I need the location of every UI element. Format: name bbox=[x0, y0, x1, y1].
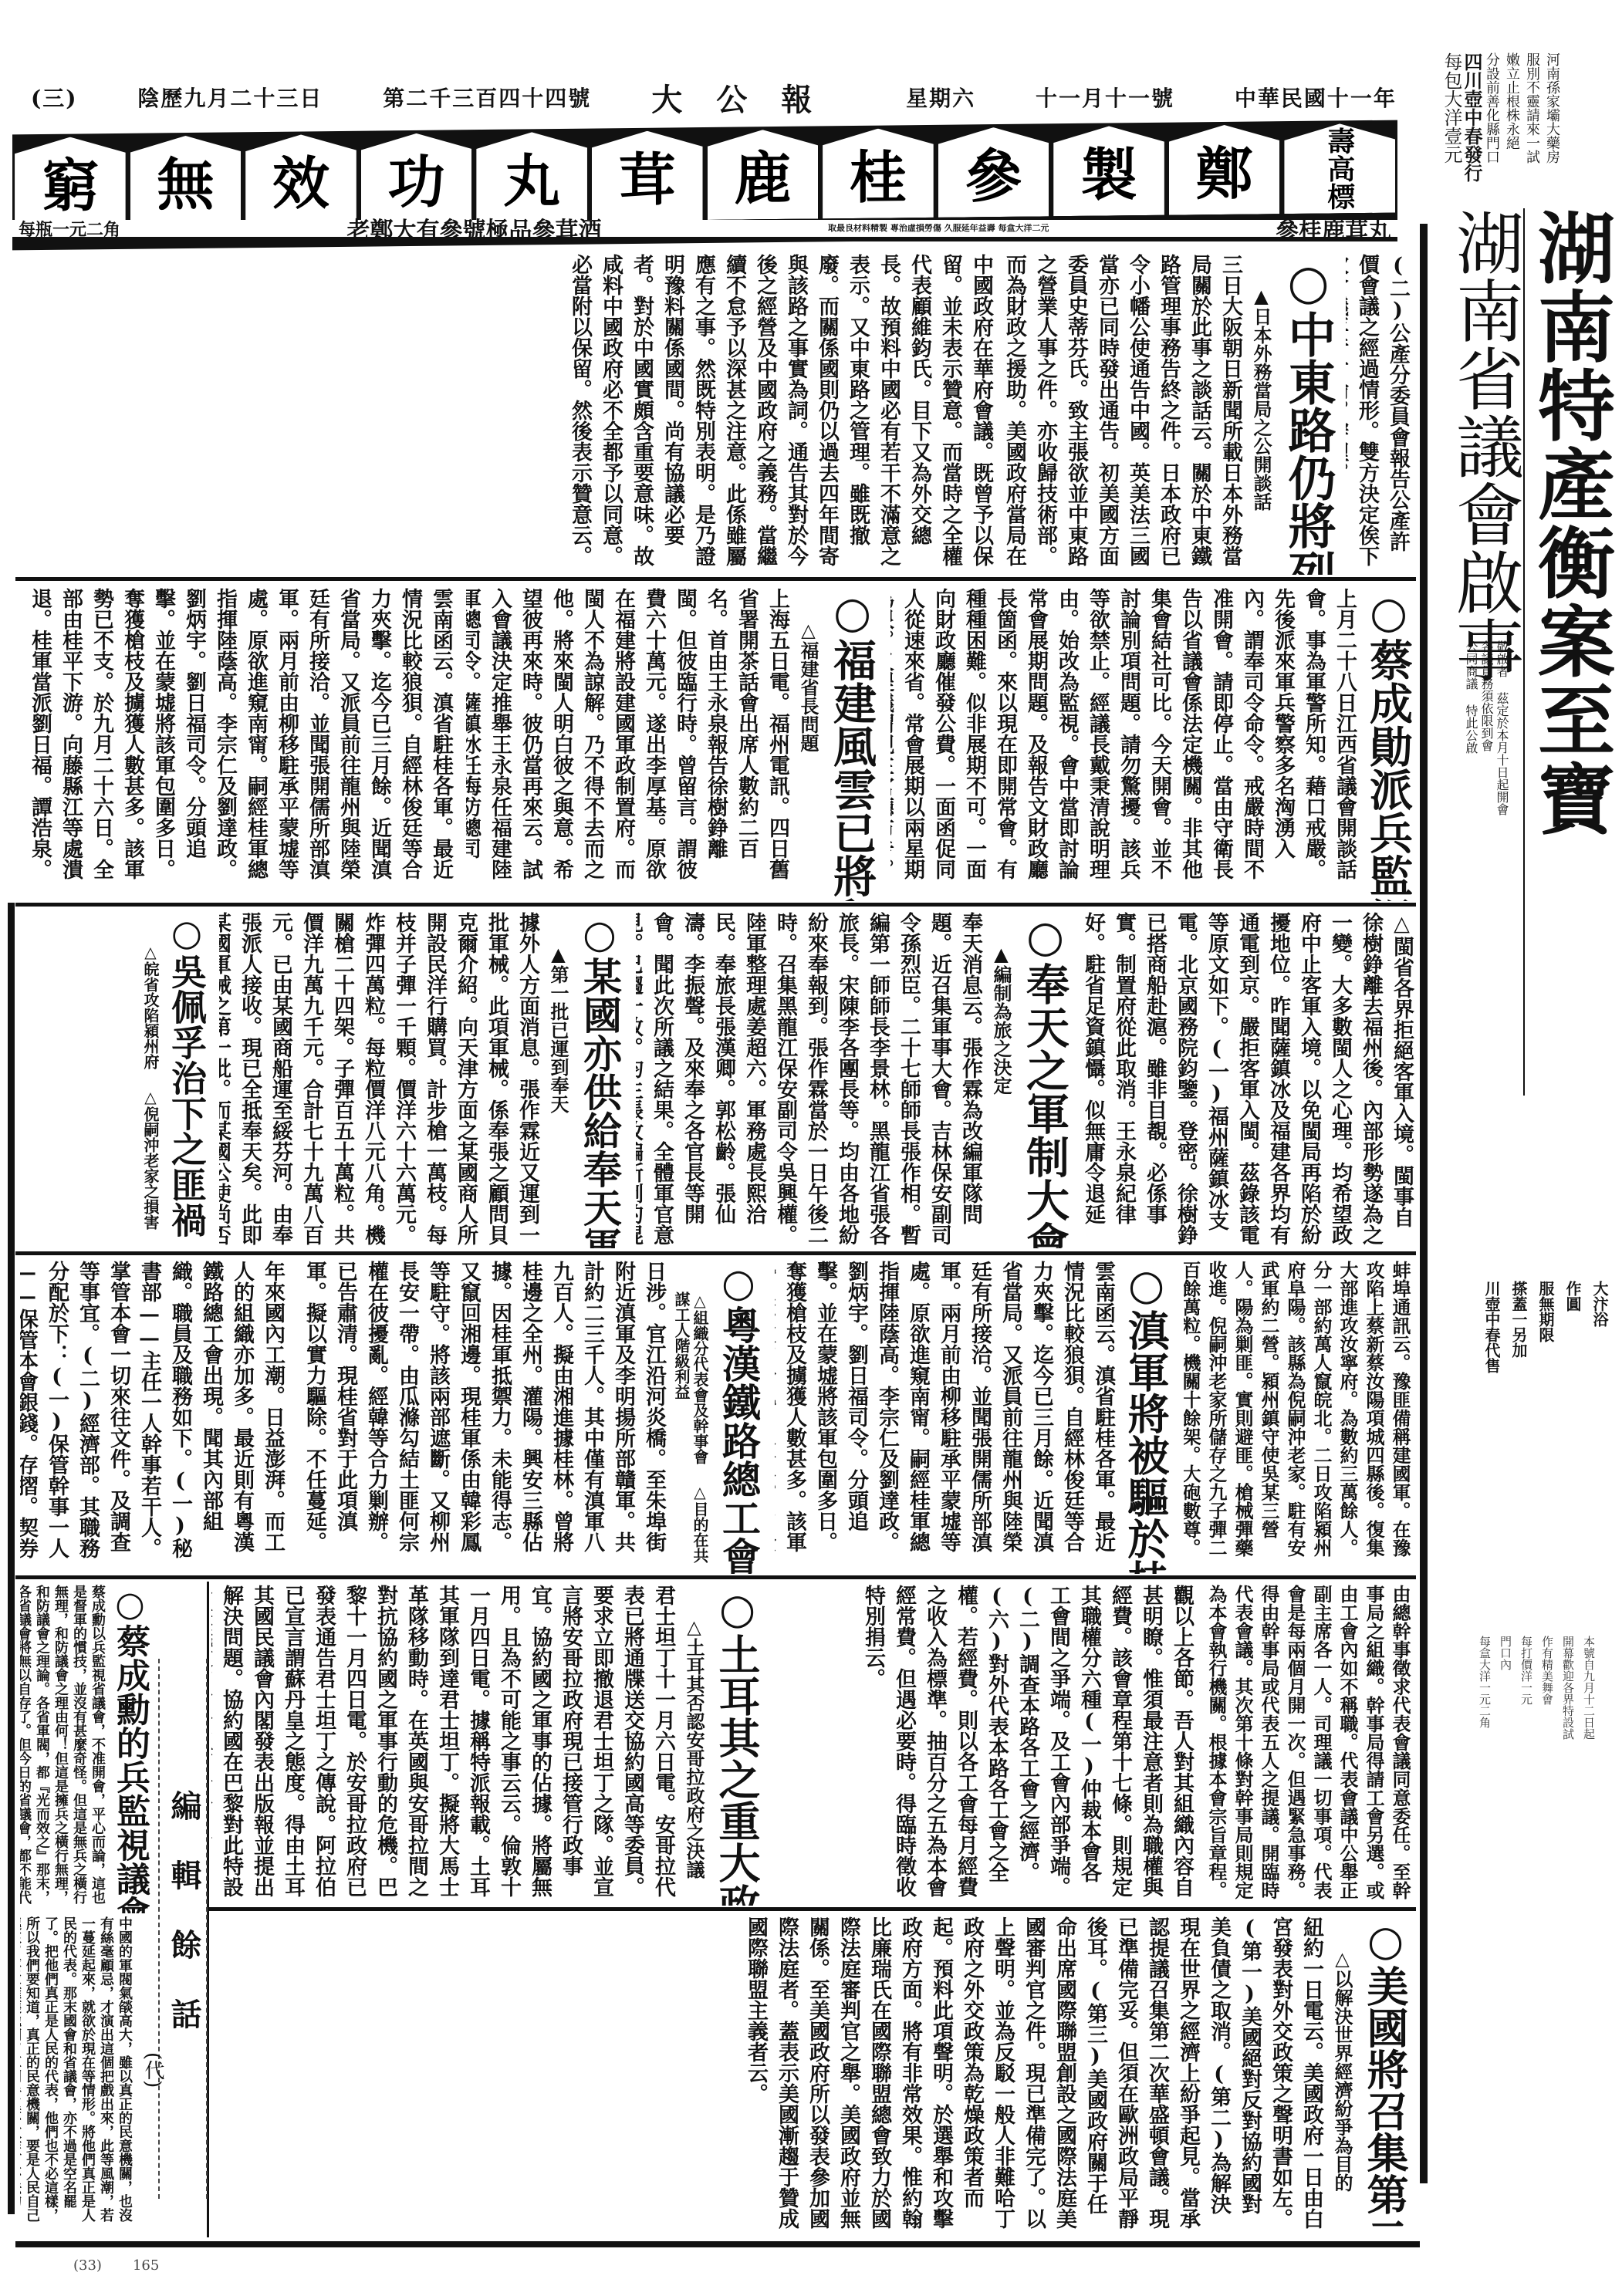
left-border bbox=[8, 903, 15, 2214]
article-chinese-eastern-railway: 中東路仍將列國共管 ▲日本外務當局之公開談話 三日大阪朝日新聞所載日本外務當局關… bbox=[1003, 251, 1343, 575]
banner-char: 鄭 bbox=[1169, 124, 1280, 215]
article-body: 由總幹事徵求代表會議同意委任。至幹事局之組織。幹事局得請工會另選。或由工會內如不… bbox=[1207, 1585, 1413, 1903]
editorial-body: 蔡成勳以兵監視省議會，不准開會，平心而論，這也是督軍的慣技，並沒有甚麼奇怪。但這… bbox=[20, 1585, 106, 1910]
banner-char: 功 bbox=[361, 133, 472, 224]
ad-line: 本號自九月十二日起 bbox=[1581, 1636, 1597, 2176]
article-union-organization: 觀以上各節。吾人對其組織內容自甚明瞭。惟須最注意者則為職權與經費。該會章程第十七… bbox=[772, 1582, 1200, 1906]
banner-char: 鹿 bbox=[708, 129, 819, 220]
article-turkey-coup: 土耳其之重大政變 △土耳其否認安哥拉政府之決議 君士坦丁十一月六日電。安哥拉代表… bbox=[208, 1582, 768, 1906]
banner-char: 桂 bbox=[823, 128, 934, 219]
article-body: 奉天消息云。張作霖為改編軍隊問題。近召集軍事大會。吉林保安副司令孫烈臣。二十七師… bbox=[636, 912, 985, 1245]
article-body: 上月二十八日江西省議會開談話會。事為軍警所知。藉口戒嚴。先後派來軍兵警察多名洶湧… bbox=[890, 588, 1360, 898]
notice-line: 敬啟者 茲定於本月十日起開會 bbox=[1495, 640, 1509, 1072]
bottom-right-advertisement: 本號自九月十二日起 開幕歡迎各界特設試 作有精美舞會 每打價洋一元 門口內 每盒… bbox=[1458, 1636, 1597, 2176]
banner-fine-print: 取最良材料精製 專治虛損勞傷 久服延年益壽 每盒大洋二元 bbox=[828, 224, 1049, 233]
banner-shop: 老鄭大有參號極品參茸酒 bbox=[347, 211, 602, 245]
banner-char: 丸 bbox=[476, 132, 587, 223]
ad-line: 大汴浴 bbox=[1589, 1281, 1611, 1558]
article-subhead: ▲第一批已運到奉天 bbox=[546, 943, 570, 1245]
banner-char: 參 bbox=[938, 127, 1049, 218]
ad-line: 嫩立止根株永絕 bbox=[1503, 52, 1520, 199]
article-body: 中國政府在華府會議。既曾予以保留。並未表示贊意。而當時之全權代表顧維鈞氏。目下又… bbox=[26, 254, 996, 572]
editorial-body: 中國的軍閥氣燄高大，雖以真正的民意機關，也沒有絲毫顧忌，才演出這個把戲出來，此等… bbox=[20, 1916, 133, 2234]
right-column-divider bbox=[1420, 224, 1428, 2183]
article-subhead: △福建省長問題 bbox=[796, 619, 820, 898]
article-headline: 粵漢鐵路總工會成立 bbox=[717, 1261, 760, 1571]
ad-line: 河南孫家壩大藥房 bbox=[1543, 52, 1560, 199]
notice-hunan-specialty: 湖南特產衡案至寶 bbox=[1523, 208, 1613, 1096]
article-headline: 福建風雲已將和緩 bbox=[828, 588, 876, 898]
bottom-border bbox=[15, 2241, 1420, 2247]
tier-divider bbox=[15, 1575, 1416, 1579]
article-body: 日涉。官江沿河炎橋。至朱埠街附近滇軍及李明揚所部贛軍。共計約二三千人。其中僅有滇… bbox=[296, 1261, 669, 1571]
article-union-rep-meeting: 由總幹事徵求代表會議同意委任。至幹事局之組織。幹事局得請工會另選。或由工會內如不… bbox=[1204, 1582, 1416, 1906]
article-subhead: △土耳其否認安哥拉政府之決議 bbox=[681, 1616, 706, 1903]
tier-divider bbox=[15, 1251, 1416, 1255]
article-body: 君士坦丁十一月六日電。安哥拉代表已將通牒送交協約國高等委員。要求立即撤退君士坦丁… bbox=[211, 1585, 678, 1903]
editorial-byline: (代) bbox=[139, 2052, 167, 2088]
article-subhead: △皖省攻陷潁州府 △倪嗣沖老家之損害 bbox=[141, 943, 160, 1245]
article-subhead: ▲日本外務當局之公開談話 bbox=[1249, 285, 1273, 572]
editorial-headline: 蔡成勳的兵監視議會 bbox=[111, 1585, 148, 1910]
article-foreign-arms: 某國亦供給奉天軍械 ▲第一批已運到奉天 據外人方面消息。張作霖近又運到一批軍械。… bbox=[216, 909, 629, 1248]
banner-char: 茸 bbox=[592, 130, 703, 221]
article-body: 觀以上各節。吾人對其組織內容自甚明瞭。惟須最注意者則為職權與經費。該會章程第十七… bbox=[775, 1585, 1197, 1903]
article-public-debt: (二)公產分委員會報告公產許價會議之經過情形。雙方決定俟下次會議再行討論。辦理。 bbox=[1343, 251, 1416, 575]
tier-divider bbox=[208, 1907, 1416, 1911]
article-body: 雲南函云。滇省駐桂各軍。最近情況比較狼狽。自經林俊廷等合力夾擊。迄今已三月餘。近… bbox=[26, 588, 456, 898]
article-union-cont: 年來國內工潮。日益澎湃。而工人的組織亦加多。最近則有粵漢鐵路總工會出現。聞其內部… bbox=[17, 1258, 291, 1574]
article-headline: 中東路仍將列國共管 bbox=[1281, 254, 1335, 572]
republic-year: 中華民國十一年 bbox=[1235, 82, 1397, 113]
editorial-cai-troops: 蔡成勳的兵監視議會 蔡成勳以兵監視省議會，不准開會，平心而論，這也是督軍的慣技，… bbox=[17, 1582, 156, 1913]
article-yuehan-union: 粵漢鐵路總工會成立 △組織分代表會及幹事會 △目的在共謀工人階級利益 日涉。官江… bbox=[293, 1258, 768, 1574]
article-us-washington-conference: 美國將召集第二次華府會議 △以解決世界經濟紛爭為目的 紐約一日電云。美國政府一日… bbox=[208, 1913, 1416, 2237]
article-headline: 蔡成勛派兵監視省議會 bbox=[1364, 588, 1412, 898]
ad-line: 開幕歡迎各界特設試 bbox=[1560, 1636, 1576, 2176]
page-number: (三) bbox=[31, 82, 78, 113]
top-right-advertisement: 河南孫家壩大藥房 服別不靈請來一試 嫩立止根株永絕 分設前善化縣門口 四川壺中春… bbox=[1443, 52, 1560, 199]
ad-line: 分設前善化縣門口 bbox=[1483, 52, 1500, 199]
tier-divider bbox=[15, 577, 1416, 581]
article-fuzhou-situation: △閩省各界拒絕客軍入境。閩事自徐樹錚離去福州後。內部形勢遂為之一變。大多數閩人之… bbox=[1080, 909, 1420, 1248]
ad-line: 作有精美舞會 bbox=[1539, 1636, 1556, 2176]
article-body: 年來國內工潮。日益澎湃。而工人的組織亦加多。最近則有粵漢鐵路總工會出現。聞其內部… bbox=[20, 1261, 288, 1571]
footer-right: 165 bbox=[133, 2257, 159, 2274]
ad-line: 服無期限 bbox=[1535, 1281, 1557, 1558]
banner-price: 每瓶一元二角 bbox=[19, 217, 120, 241]
banner-char: 無 bbox=[130, 135, 242, 226]
article-wu-peifu-cont: 蚌埠通訊云。豫匪備稱建國軍。在豫攻陷上蔡新蔡汝陽項城四縣後。復集大部進攻汝寧府。… bbox=[1181, 1258, 1416, 1574]
banner-subline: 參桂鹿茸丸 取最良材料精製 專治虛損勞傷 久服延年益壽 每盒大洋二元 老鄭大有參… bbox=[12, 220, 1397, 241]
ad-line: 門口內 bbox=[1498, 1636, 1514, 2176]
article-body: (二)公產分委員會報告公產許價會議之經過情形。雙方決定俟下次會議再行討論。辦理。 bbox=[1346, 254, 1413, 572]
article-subhead: △以解決世界經濟紛爭為目的 bbox=[1330, 1947, 1354, 2234]
ad-line: 搽蓋一另加 bbox=[1508, 1281, 1530, 1558]
ad-line: 服別不靈請來一試 bbox=[1523, 52, 1540, 199]
ad-line: 四川壺中春發行 bbox=[1463, 52, 1480, 199]
banner-brand-tag: 壽高標 bbox=[1284, 123, 1395, 214]
article-body: 紐約一日電云。美國政府一日由白宮發表對外交政策之聲明書如左。(第一)美國絕對反對… bbox=[211, 1916, 1326, 2234]
ad-line: 川壺中春代售 bbox=[1481, 1281, 1503, 1558]
ad-line: 每盒大洋一元二角 bbox=[1477, 1636, 1493, 2176]
ad-line: 作圓 bbox=[1562, 1281, 1584, 1558]
article-subhead: △組織分代表會及幹事會 △目的在共謀工人階級利益 bbox=[672, 1291, 709, 1571]
banner-product: 參桂鹿茸丸 bbox=[1276, 211, 1391, 245]
article-china-reservation: 中國政府在華府會議。既曾予以保留。並未表示贊意。而當時之全權代表顧維鈞氏。目下又… bbox=[23, 251, 999, 575]
article-body: 據外人方面消息。張作霖近又運到一批軍械。此項軍械。係奉張之顧問貝克爾介紹。向天津… bbox=[219, 912, 542, 1245]
article-subhead: ▲編制為旅之決定 bbox=[988, 943, 1013, 1245]
assembly-notice-body: 敬啟者 茲定於本月十日起開會 各議員務須依限到會 公同商議 特此公啟 bbox=[1439, 640, 1509, 1072]
page-footer: (33) 165 bbox=[73, 2257, 159, 2274]
weekday: 星期六 bbox=[906, 82, 975, 113]
lunar-date: 陰歷九月二十三日 bbox=[137, 82, 323, 113]
article-headline: 某國亦供給奉天軍械 bbox=[578, 912, 621, 1245]
banner-char: 製 bbox=[1053, 126, 1164, 217]
ad-line: 每打價洋一元 bbox=[1519, 1636, 1535, 2176]
article-wu-peifu-bandits: 吳佩孚治下之匪禍 △皖省攻陷潁州府 △倪嗣沖老家之損害 bbox=[17, 909, 214, 1248]
article-body: 上海五日電。福州電訊。四日舊省署開茶話會出席人數約二百名。首由王永泉報告徐樹錚離… bbox=[466, 588, 792, 898]
article-body: 三日大阪朝日新聞所載日本外務當局關於此事之談話云。關於中東鐵路管理事務告終之件。… bbox=[1006, 254, 1245, 572]
article-cai-chengxun: 蔡成勛派兵監視省議會 上月二十八日江西省議會開談話會。事為軍警所知。藉口戒嚴。先… bbox=[887, 585, 1420, 901]
article-body: 蚌埠通訊云。豫匪備稱建國軍。在豫攻陷上蔡新蔡汝陽項城四縣後。復集大部進攻汝寧府。… bbox=[1184, 1261, 1413, 1571]
article-fujian: 福建風雲已將和緩 △福建省長問題 上海五日電。福州電訊。四日舊省署開茶話會出席人… bbox=[463, 585, 884, 901]
editorial-section-title: 編輯餘話 bbox=[158, 1659, 208, 2199]
banner-char: 效 bbox=[245, 134, 357, 225]
dateline: 中華民國十一年 十一月十一號 星期六 大公報 第二千三百四十四號 陰歷九月二十三… bbox=[31, 76, 1397, 119]
article-headline: 吳佩孚治下之匪禍 bbox=[167, 912, 206, 1245]
article-body: △閩省各界拒絕客軍入境。閩事自徐樹錚離去福州後。內部形勢遂為之一變。大多數閩人之… bbox=[1083, 912, 1417, 1245]
notice-line: 各議員務須依限到會 bbox=[1479, 640, 1493, 1072]
issue-date: 十一月十一號 bbox=[1036, 82, 1174, 113]
editorial-body-block: 中國的軍閥氣燄高大，雖以真正的民意機關，也沒有絲毫顧忌，才演出這個把戲出來，此等… bbox=[17, 1913, 137, 2237]
issue-number: 第二千三百四十四號 bbox=[383, 82, 591, 113]
article-yunnan-army: 滇軍將被驅於桂省 雲南函云。滇省駐桂各軍。最近情況比較狼狽。自經林俊廷等合力夾擊… bbox=[772, 1258, 1177, 1574]
banner-char: 窮 bbox=[15, 137, 126, 228]
footer-left: (33) bbox=[73, 2257, 102, 2274]
article-headline: 美國將召集第二次華府會議 bbox=[1362, 1916, 1408, 2234]
paper-name: 大公報 bbox=[651, 76, 846, 120]
ad-line: 每包大洋壹元 bbox=[1443, 52, 1460, 199]
notice-line: 公同商議 特此公啟 bbox=[1464, 640, 1478, 1072]
article-body: 雲南函云。滇省駐桂各軍。最近情況比較狼狽。自經林俊廷等合力夾擊。迄今已三月餘。近… bbox=[775, 1261, 1118, 1571]
mid-right-advertisement: 大汴浴 作圓 服無期限 搽蓋一另加 川壺中春代售 bbox=[1441, 1281, 1611, 1558]
article-fengtian-military: 奉天之軍制大會議 ▲編制為旅之決定 奉天消息云。張作霖為改編軍隊問題。近召集軍事… bbox=[633, 909, 1076, 1248]
article-headline: 土耳其之重大政變 bbox=[714, 1585, 760, 1903]
article-headline: 滇軍將被驅於桂省 bbox=[1123, 1261, 1169, 1571]
article-headline: 奉天之軍制大會議 bbox=[1021, 912, 1069, 1245]
article-fujian-cont: 雲南函云。滇省駐桂各軍。最近情況比較狼狽。自經林俊廷等合力夾擊。迄今已三月餘。近… bbox=[23, 585, 459, 901]
tier-divider bbox=[15, 903, 1416, 907]
